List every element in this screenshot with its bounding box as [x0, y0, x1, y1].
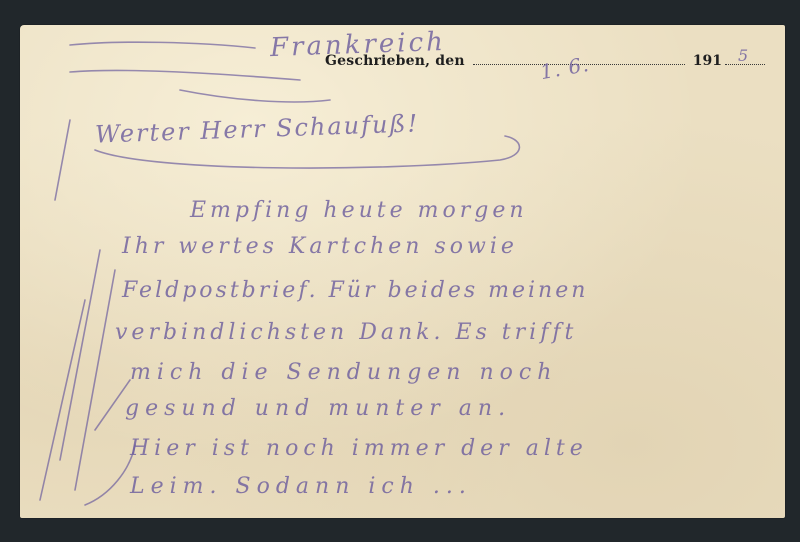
handwritten-body-line: Empfing heute morgen — [190, 198, 528, 223]
handwritten-header-line-1: Frankreich — [270, 27, 447, 63]
handwritten-body-line: Hier ist noch immer der alte — [130, 436, 588, 461]
handwritten-body-line: verbindlichsten Dank. Es trifft — [115, 320, 577, 345]
handwritten-year-suffix: 5 — [738, 46, 749, 65]
handwritten-body-line: Leim. Sodann ich ... — [130, 474, 472, 499]
handwritten-body-line: mich die Sendungen noch — [130, 360, 557, 385]
printed-year-prefix: 191 — [693, 53, 722, 69]
handwritten-body-line: gesund und munter an. — [125, 396, 511, 421]
handwritten-body-line: Feldpostbrief. Für beides meinen — [122, 278, 588, 303]
handwritten-body-line: Ihr wertes Kartchen sowie — [122, 234, 518, 259]
